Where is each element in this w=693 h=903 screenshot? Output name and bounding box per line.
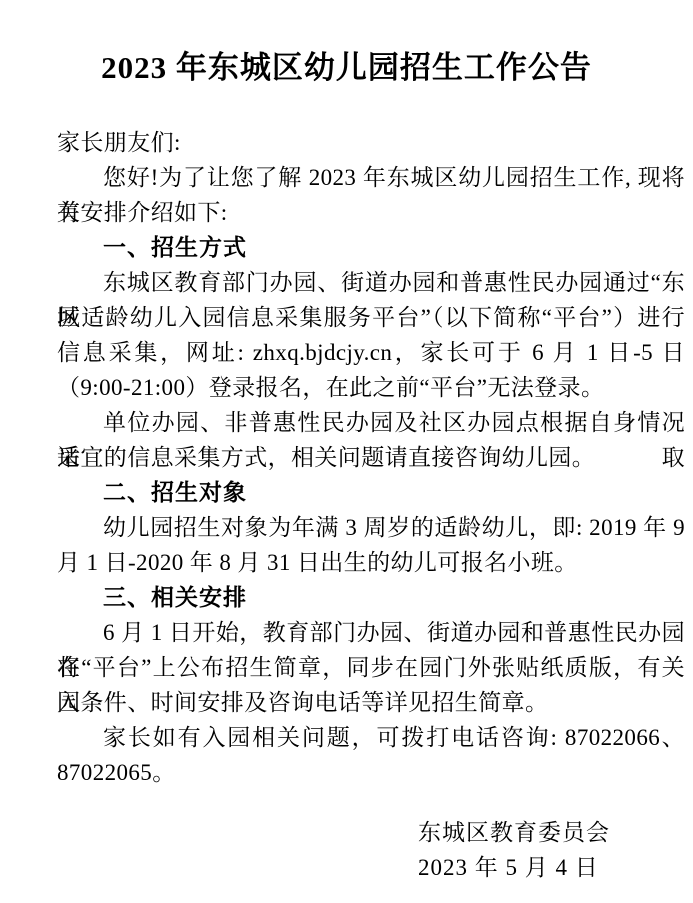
text-line: 园条件、时间安排及咨询电话等详见招生简章。 <box>57 685 685 720</box>
document-body: 家长朋友们:您好!为了让您了解 2023 年东城区幼儿园招生工作, 现将有关安排… <box>57 125 685 790</box>
signature-block: 东城区教育委员会 2023 年 5 月 4 日 <box>0 815 610 885</box>
section-heading: 二、招生对象 <box>57 475 685 510</box>
section-heading: 一、招生方式 <box>57 230 685 265</box>
signature-org: 东城区教育委员会 <box>418 815 610 850</box>
text-line: 信息采集，网址: zhxq.bjdcjy.cn，家长可于 6 月 1 日-5 日 <box>57 335 685 370</box>
text-line: 您好!为了让您了解 2023 年东城区幼儿园招生工作, 现将有 <box>57 160 685 195</box>
signature-inner: 东城区教育委员会 2023 年 5 月 4 日 <box>418 815 610 885</box>
signature-spacer <box>0 790 693 815</box>
text-line: 家长如有入园相关问题，可拨打电话咨询: 87022066、 <box>57 720 685 755</box>
text-line: 关安排介绍如下: <box>57 195 685 230</box>
text-line: 87022065。 <box>57 755 685 790</box>
text-line: 幼儿园招生对象为年满 3 周岁的适龄幼儿，即: 2019 年 9 <box>57 510 685 545</box>
text-line: 月 1 日-2020 年 8 月 31 日出生的幼儿可报名小班。 <box>57 545 685 580</box>
text-line: 东城区教育部门办园、街道办园和普惠性民办园通过“东城 <box>57 265 685 300</box>
text-line: 区适龄幼儿入园信息采集服务平台”（以下简称“平台”）进行 <box>57 300 685 335</box>
text-line: 适宜的信息采集方式，相关问题请直接咨询幼儿园。 <box>57 440 685 475</box>
text-line: （9:00-21:00）登录报名，在此之前“平台”无法登录。 <box>57 370 685 405</box>
page-title: 2023 年东城区幼儿园招生工作公告 <box>0 50 693 86</box>
text-line: 家长朋友们: <box>57 125 685 160</box>
text-line: 6 月 1 日开始，教育部门办园、街道办园和普惠性民办园将 <box>57 615 685 650</box>
text-line: 在“平台”上公布招生简章，同步在园门外张贴纸质版，有关入 <box>57 650 685 685</box>
signature-date: 2023 年 5 月 4 日 <box>418 850 610 885</box>
text-line: 单位办园、非普惠性民办园及社区办园点根据自身情况采取 <box>57 405 685 440</box>
document-page: 2023 年东城区幼儿园招生工作公告 家长朋友们:您好!为了让您了解 2023 … <box>0 0 693 903</box>
section-heading: 三、相关安排 <box>57 580 685 615</box>
